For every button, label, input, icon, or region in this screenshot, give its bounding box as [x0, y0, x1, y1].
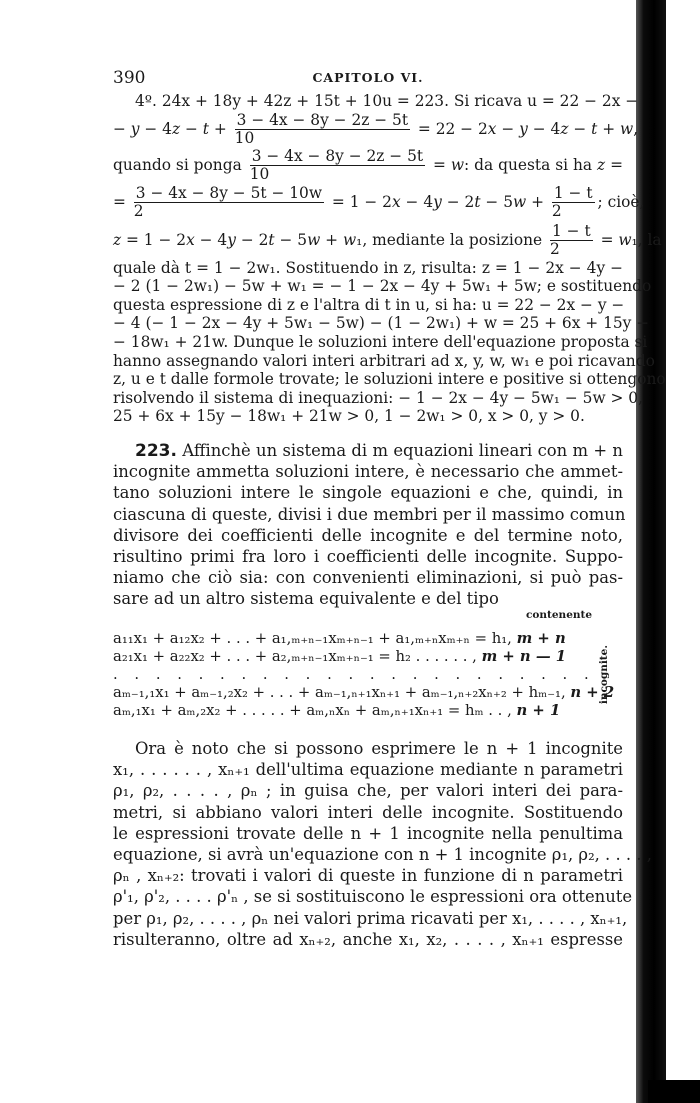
text-line: − 4 (− 1 − 2x − 4y + 5w₁ − 5w) − (1 − 2w… [113, 314, 623, 333]
fraction: 1 − t2 [552, 185, 595, 220]
text-line: z = 1 − 2x − 4y − 2t − 5w + w₁, mediante… [113, 221, 623, 259]
text-line: per ρ₁, ρ₂, . . . . , ρₙ nei valori prim… [113, 908, 623, 929]
text-line: z, u e t dalle formole trovate; le soluz… [113, 370, 623, 389]
page-binding-shadow [636, 0, 666, 1103]
text-line: − y − 4z − t + 3 − 4x − 8y − 2z − 5t10 =… [113, 111, 623, 147]
text-line: sare ad un altro sistema equivalente e d… [113, 588, 623, 609]
fraction: 3 − 4x − 8y − 2z − 5t10 [235, 112, 410, 147]
example-4-block: 4º. 24x + 18y + 42z + 15t + 10u = 223. S… [113, 92, 623, 426]
text-line: ciascuna di queste, divisi i due membri … [113, 504, 623, 525]
text-line: metri, si abbiano valori interi delle in… [113, 802, 623, 823]
equation-row: aₘ,₁x₁ + aₘ,₂x₂ + . . . . . + aₘ,ₙxₙ + a… [113, 702, 603, 720]
ellipsis-row: . . . . . . . . . . . . . . . . . . . . … [113, 666, 603, 684]
text-line: 4º. 24x + 18y + 42z + 15t + 10u = 223. S… [113, 92, 623, 111]
text-line: 25 + 6x + 15y − 18w₁ + 21w > 0, 1 − 2w₁ … [113, 407, 623, 426]
text-line: x₁, . . . . . . , xₙ₊₁ dell'ultima equaz… [113, 759, 623, 780]
page-binding-corner [648, 1080, 700, 1103]
fraction: 1 − t2 [550, 223, 593, 258]
text-line: risultino primi fra loro i coefficienti … [113, 546, 623, 567]
text-line: incognite ammetta soluzioni intere, è ne… [113, 461, 623, 482]
section-number: 223. [135, 441, 177, 461]
text-line: − 2 (1 − 2w₁) − 5w + w₁ = − 1 − 2x − 4y … [113, 277, 623, 296]
paragraph-ora: Ora è noto che si possono esprimere le n… [113, 738, 623, 950]
text-line: hanno assegnando valori interi arbitrari… [113, 352, 623, 371]
text-line: le espressioni trovate delle n + 1 incog… [113, 823, 623, 844]
equation-row: a₁₁x₁ + a₁₂x₂ + . . . + a₁,ₘ₊ₙ₋₁xₘ₊ₙ₋₁ +… [113, 630, 603, 648]
text-line: niamo che ciò sia: con convenienti elimi… [113, 567, 623, 588]
text-line: tano soluzioni intere le singole equazio… [113, 482, 623, 503]
fraction: 3 − 4x − 8y − 5t − 10w2 [134, 185, 324, 220]
page-header: 390 CAPITOLO VI. [113, 68, 623, 90]
text-line: = 3 − 4x − 8y − 5t − 10w2 = 1 − 2x − 4y … [113, 183, 623, 221]
text-line: quale dà t = 1 − 2w₁. Sostituendo in z, … [113, 259, 623, 278]
text-line: Ora è noto che si possono esprimere le n… [113, 738, 623, 759]
text-line: ρ'₁, ρ'₂, . . . . ρ'ₙ , se si sostituisc… [113, 886, 623, 907]
text-line: quando si ponga 3 − 4x − 8y − 2z − 5t10 … [113, 147, 623, 183]
text-line: equazione, si avrà un'equazione con n + … [113, 844, 623, 865]
text-line: ρ₁, ρ₂, . . . . , ρₙ ; in guisa che, per… [113, 780, 623, 801]
equation-system: a₁₁x₁ + a₁₂x₂ + . . . + a₁,ₘ₊ₙ₋₁xₘ₊ₙ₋₁ +… [113, 630, 603, 720]
column-header-contenente: contenente [526, 609, 592, 621]
book-page: 390 CAPITOLO VI. 4º. 24x + 18y + 42z + 1… [0, 0, 700, 1103]
text-line: risulteranno, oltre ad xₙ₊₂, anche x₁, x… [113, 929, 623, 950]
text-line: ρₙ , xₙ₊₂: trovati i valori di queste in… [113, 865, 623, 886]
text-line: − 18w₁ + 21w. Dunque le soluzioni intere… [113, 333, 623, 352]
side-label-incognite: incognite. [598, 645, 610, 704]
text-line: questa espressione di z e l'altra di t i… [113, 296, 623, 315]
equation-row: a₂₁x₁ + a₂₂x₂ + . . . + a₂,ₘ₊ₙ₋₁xₘ₊ₙ₋₁ =… [113, 648, 603, 666]
fraction: 3 − 4x − 8y − 2z − 5t10 [250, 148, 425, 183]
page-margin-right [666, 0, 700, 1080]
text-line: divisore dei coefficienti delle incognit… [113, 525, 623, 546]
text-line: 223. Affinchè un sistema di m equazioni … [113, 440, 623, 461]
text-line: risolvendo il sistema di inequazioni: − … [113, 389, 623, 408]
section-223: 223. Affinchè un sistema di m equazioni … [113, 440, 623, 610]
equation-row: aₘ₋₁,₁x₁ + aₘ₋₁,₂x₂ + . . . + aₘ₋₁,ₙ₊₁xₙ… [113, 684, 603, 702]
running-title: CAPITOLO VI. [113, 70, 623, 85]
